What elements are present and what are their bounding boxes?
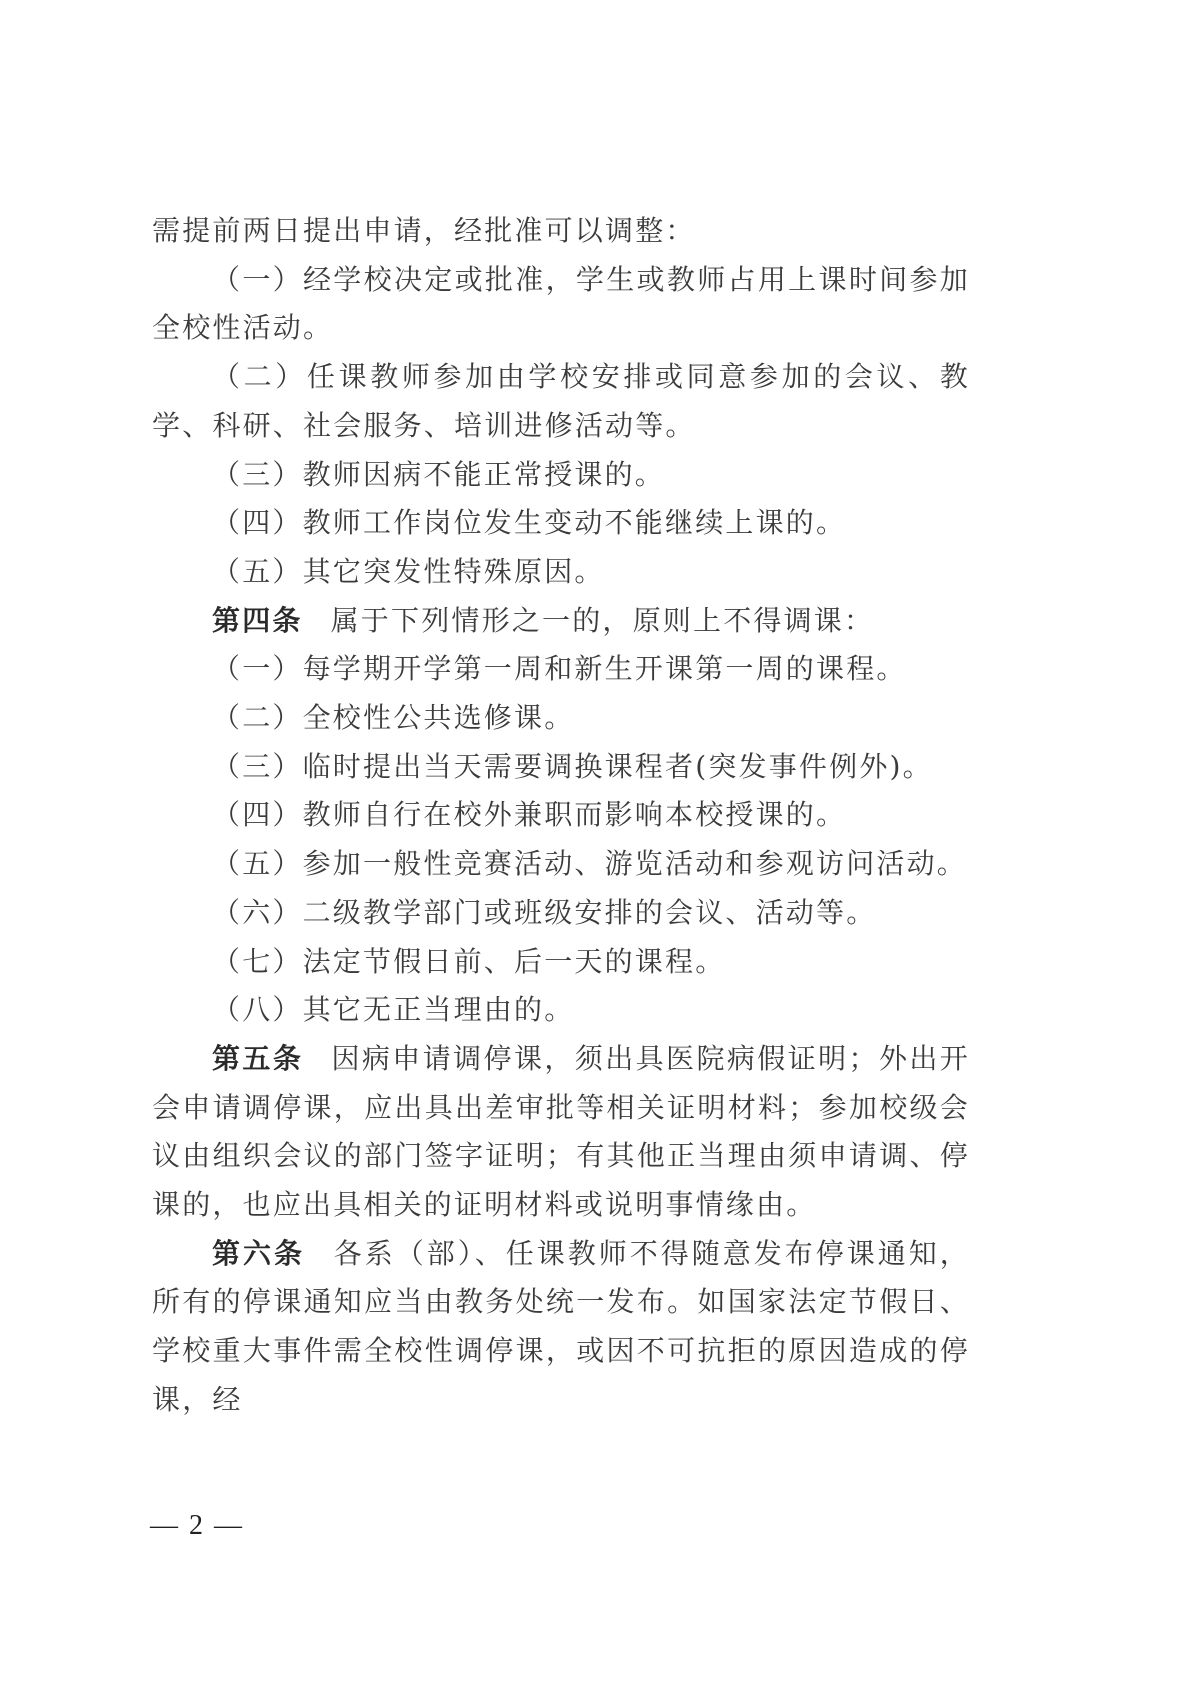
article-6: 第六条各系（部）、任课教师不得随意发布停课通知，所有的停课通知应当由教务处统一发… — [152, 1230, 970, 1425]
list-item: （五）参加一般性竞赛活动、游览活动和参观访问活动。 — [152, 840, 970, 889]
article-5: 第五条因病申请调停课，须出具医院病假证明；外出开会申请调停课，应出具出差审批等相… — [152, 1035, 970, 1230]
list-item: （四）教师自行在校外兼职而影响本校授课的。 — [152, 791, 970, 840]
list-item: （五）其它突发性特殊原因。 — [152, 548, 970, 597]
paragraph-continuation: 需提前两日提出申请，经批准可以调整： — [152, 207, 970, 256]
list-item: （七）法定节假日前、后一天的课程。 — [152, 938, 970, 987]
document-page: 需提前两日提出申请，经批准可以调整： （一）经学校决定或批准，学生或教师占用上课… — [152, 207, 970, 1425]
list-item: （二）全校性公共选修课。 — [152, 694, 970, 743]
list-item: （三）临时提出当天需要调换课程者(突发事件例外)。 — [152, 743, 970, 792]
list-item: （八）其它无正当理由的。 — [152, 986, 970, 1035]
article-heading: 第五条 — [212, 1042, 303, 1075]
page-number: — 2 — — [150, 1510, 244, 1542]
list-item: （一）每学期开学第一周和新生开课第一周的课程。 — [152, 645, 970, 694]
article-4: 第四条属于下列情形之一的，原则上不得调课： — [152, 597, 970, 646]
list-item: （三）教师因病不能正常授课的。 — [152, 451, 970, 500]
article-heading: 第四条 — [212, 604, 303, 637]
list-item: （四）教师工作岗位发生变动不能继续上课的。 — [152, 499, 970, 548]
list-item: （六）二级教学部门或班级安排的会议、活动等。 — [152, 889, 970, 938]
article-heading: 第六条 — [212, 1237, 305, 1270]
list-item: （二）任课教师参加由学校安排或同意参加的会议、教学、科研、社会服务、培训进修活动… — [152, 353, 970, 450]
list-item: （一）经学校决定或批准，学生或教师占用上课时间参加全校性活动。 — [152, 256, 970, 353]
article-text: 属于下列情形之一的，原则上不得调课： — [331, 604, 875, 637]
